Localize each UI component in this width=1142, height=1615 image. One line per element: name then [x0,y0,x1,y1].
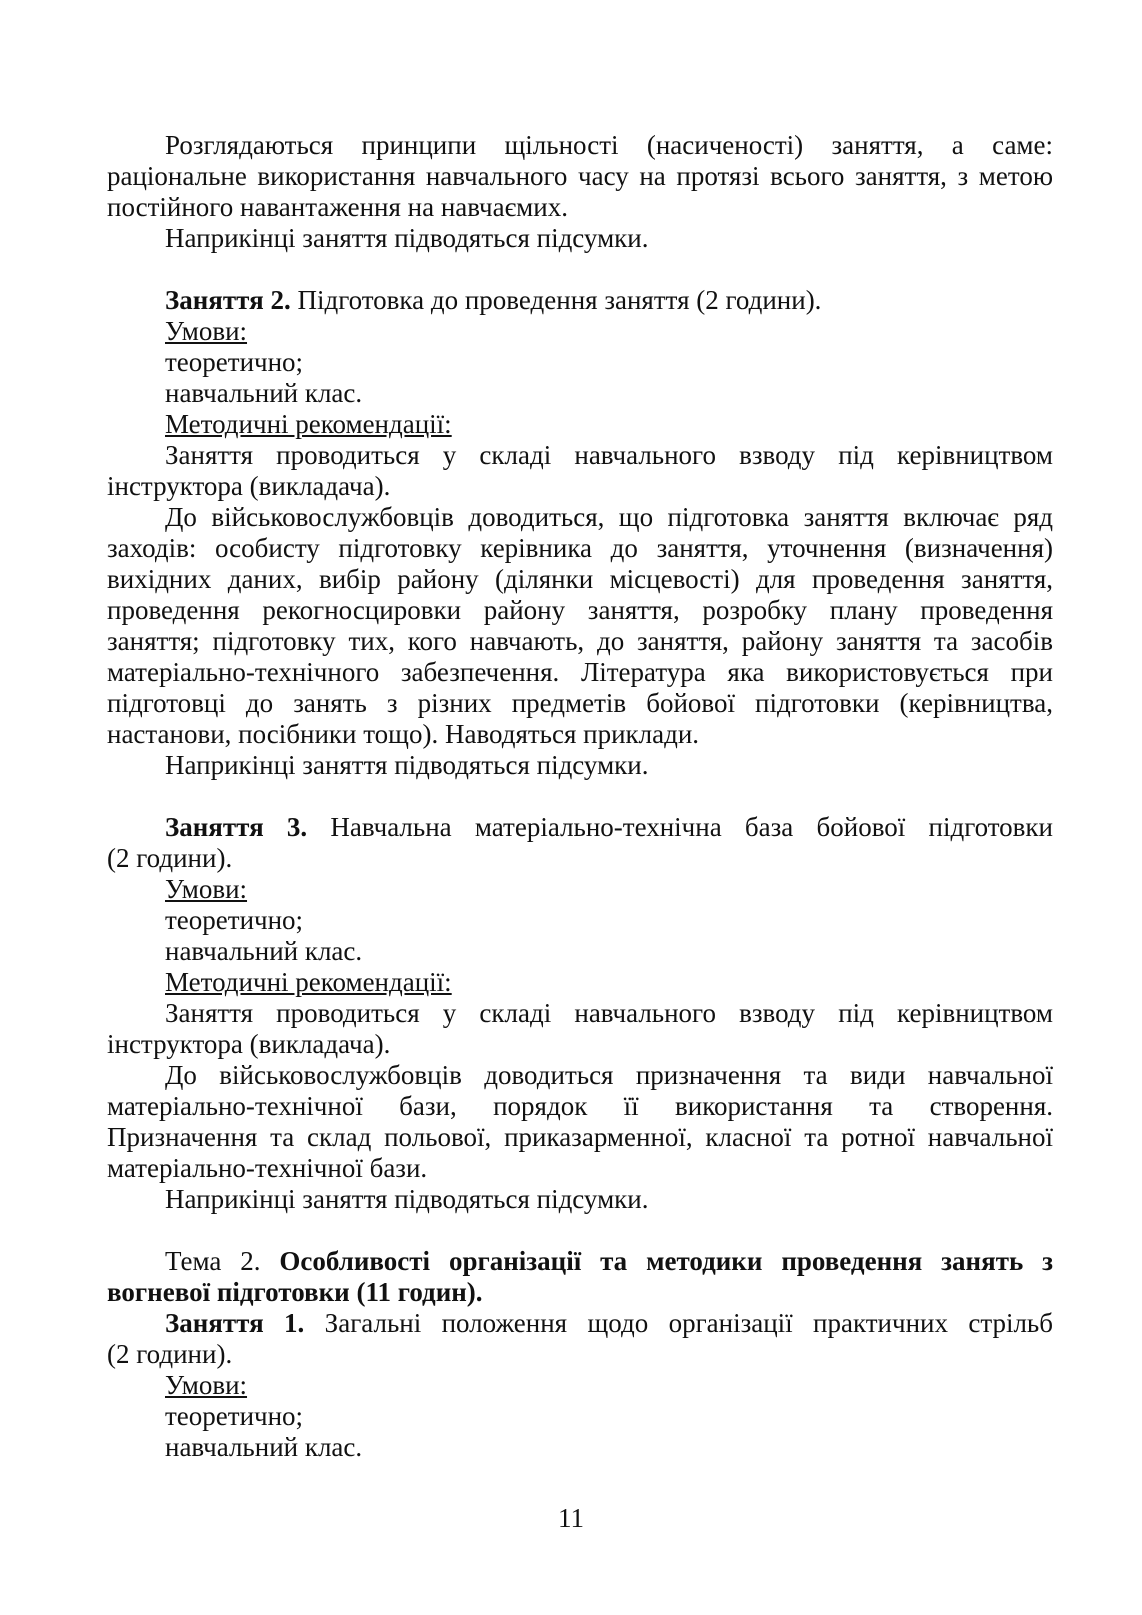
bold-lead-text: вогневої підготовки (11 годин). [107,1277,483,1307]
text-line: матеріально-технічної бази. [107,1153,1053,1184]
text-line: Заняття проводиться у складі навчального… [107,440,1053,471]
text-line: (2 години). [107,1339,1053,1370]
text-line: теоретично; [107,1401,1053,1432]
text-line: Розглядаються принципи щільності (насиче… [107,130,1053,161]
body-text: теоретично; [165,1401,303,1431]
body-text: теоретично; [165,347,303,377]
text-line: вихідних даних, вибір району (ділянки мі… [107,564,1053,595]
text-line: навчальний клас. [107,1432,1053,1463]
body-text: До військовослужбовців доводиться призна… [165,1060,1053,1090]
text-line: До військовослужбовців доводиться призна… [107,1060,1053,1091]
body-text: (2 години). [107,1339,232,1369]
text-line: проведення рекогносцировки району занятт… [107,595,1053,626]
text-line: Призначення та склад польової, приказарм… [107,1122,1053,1153]
body-text: матеріально-технічної бази, порядок її в… [107,1091,1053,1121]
body-text: Заняття проводиться у складі навчального… [165,998,1053,1028]
body-text: Наприкінці заняття підводяться підсумки. [165,750,648,780]
underlined-heading-text: Методичні рекомендації: [165,409,452,439]
text-line: матеріально-технічної бази, порядок її в… [107,1091,1053,1122]
body-text: вихідних даних, вибір району (ділянки мі… [107,564,1053,594]
text-line: Заняття проводиться у складі навчального… [107,998,1053,1029]
text-line: Умови: [107,316,1053,347]
text-line: матеріально-технічного забезпечення. Літ… [107,657,1053,688]
body-text: (2 години). [107,843,232,873]
page-number: 11 [0,1503,1142,1534]
body-text: настанови, посібники тощо). Наводяться п… [107,719,699,749]
body-text: інструктора (викладача). [107,1029,390,1059]
body-text: постійного навантаження на навчаємих. [107,192,568,222]
body-text: Загальні положення щодо організації прак… [304,1308,1053,1338]
text-line: постійного навантаження на навчаємих. [107,192,1053,223]
document-text: Розглядаються принципи щільності (насиче… [107,130,1053,1463]
body-text: заняття; підготовку тих, кого навчають, … [107,626,1053,656]
text-line: До військовослужбовців доводиться, що пі… [107,502,1053,533]
body-text: інструктора (викладача). [107,471,390,501]
body-text: Навчальна матеріально-технічна база бойо… [307,812,1053,842]
bold-lead-text: Заняття 3. [165,812,307,842]
underlined-heading-text: Умови: [165,316,247,346]
blank-line [107,254,1053,285]
body-text: матеріально-технічної бази. [107,1153,427,1183]
text-line: заходів: особисту підготовку керівника д… [107,533,1053,564]
text-line: Заняття 3. Навчальна матеріально-технічн… [107,812,1053,843]
text-line: навчальний клас. [107,936,1053,967]
text-line: підготовці до занять з різних предметів … [107,688,1053,719]
body-text: навчальний клас. [165,1432,362,1462]
body-text: До військовослужбовців доводиться, що пі… [165,502,1053,532]
bold-lead-text: Заняття 2. [165,285,291,315]
underlined-heading-text: Умови: [165,1370,247,1400]
body-text: навчальний клас. [165,936,362,966]
text-line: Наприкінці заняття підводяться підсумки. [107,750,1053,781]
body-text: раціональне використання навчального час… [107,161,1053,191]
body-text: навчальний клас. [165,378,362,408]
body-text: Підготовка до проведення заняття (2 годи… [291,285,822,315]
text-line: Тема 2. Особливості організації та метод… [107,1246,1053,1277]
body-text: підготовці до занять з різних предметів … [107,688,1053,718]
body-text: заходів: особисту підготовку керівника д… [107,533,1053,563]
bold-lead-text: Заняття 1. [165,1308,304,1338]
text-line: теоретично; [107,347,1053,378]
text-line: Умови: [107,874,1053,905]
blank-line [107,1215,1053,1246]
text-line: Заняття 1. Загальні положення щодо орган… [107,1308,1053,1339]
bold-lead-text: Особливості організації та методики пров… [279,1246,1053,1276]
text-line: раціональне використання навчального час… [107,161,1053,192]
underlined-heading-text: Умови: [165,874,247,904]
text-line: настанови, посібники тощо). Наводяться п… [107,719,1053,750]
body-text: проведення рекогносцировки району занятт… [107,595,1053,625]
body-text: Заняття проводиться у складі навчального… [165,440,1053,470]
text-line: Умови: [107,1370,1053,1401]
text-line: Наприкінці заняття підводяться підсумки. [107,1184,1053,1215]
underlined-heading-text: Методичні рекомендації: [165,967,452,997]
text-line: Методичні рекомендації: [107,409,1053,440]
body-text: Призначення та склад польової, приказарм… [107,1122,1053,1152]
text-line: навчальний клас. [107,378,1053,409]
body-text: Наприкінці заняття підводяться підсумки. [165,223,648,253]
text-line: Методичні рекомендації: [107,967,1053,998]
body-text: матеріально-технічного забезпечення. Літ… [107,657,1053,687]
text-line: інструктора (викладача). [107,471,1053,502]
text-line: теоретично; [107,905,1053,936]
body-text: Тема 2. [165,1246,279,1276]
blank-line [107,781,1053,812]
text-line: (2 години). [107,843,1053,874]
text-line: вогневої підготовки (11 годин). [107,1277,1053,1308]
text-line: Заняття 2. Підготовка до проведення заня… [107,285,1053,316]
text-line: заняття; підготовку тих, кого навчають, … [107,626,1053,657]
body-text: теоретично; [165,905,303,935]
body-text: Розглядаються принципи щільності (насиче… [165,130,1053,160]
body-text: Наприкінці заняття підводяться підсумки. [165,1184,648,1214]
text-line: Наприкінці заняття підводяться підсумки. [107,223,1053,254]
text-line: інструктора (викладача). [107,1029,1053,1060]
